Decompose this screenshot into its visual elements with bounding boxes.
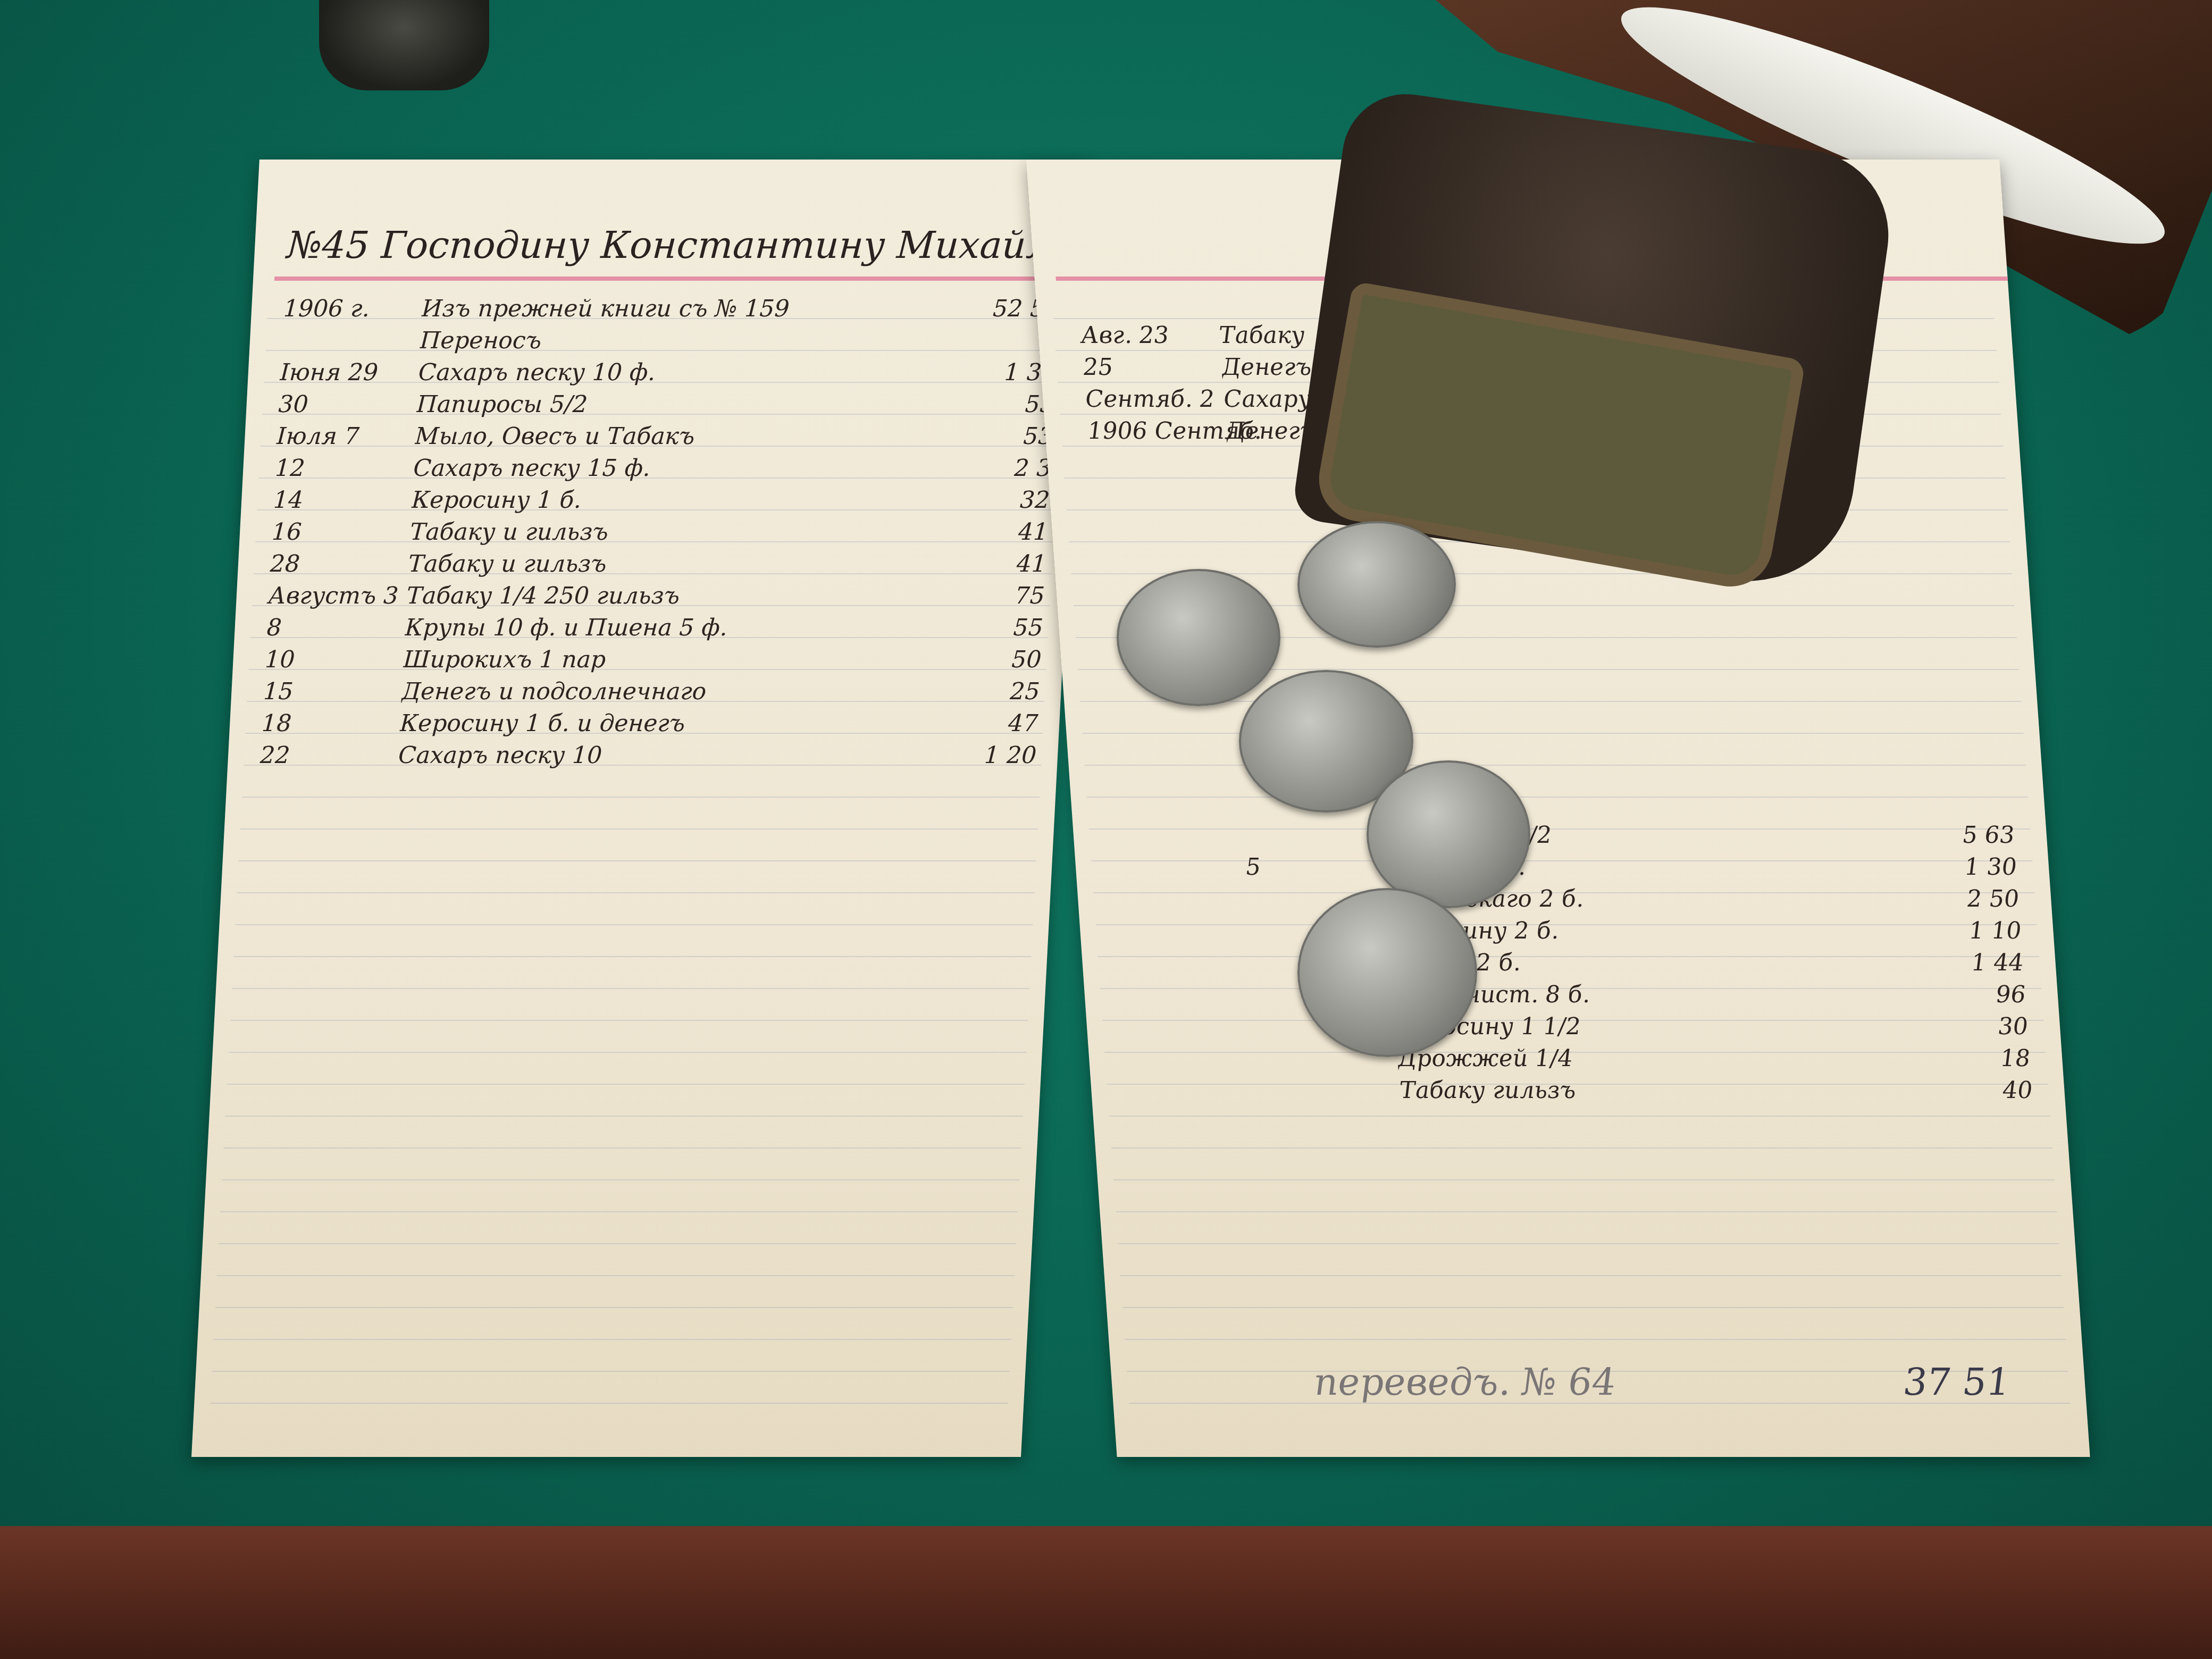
- ledger-entry: 28Табаку и гильзъ41: [269, 548, 1047, 580]
- ledger-entry: Іюня 29Сахаръ песку 10 ф.1 35: [279, 356, 1057, 388]
- ledger-entry: 14Керосину 1 б.32: [273, 484, 1051, 516]
- ledger-entry: 8Крупы 10 ф. и Пшена 5 ф.55: [266, 611, 1044, 643]
- ledger-entry: Табаку гильзъ40: [1260, 1074, 2033, 1106]
- ledger-entry: 30Папиросы 5/253: [278, 388, 1055, 420]
- ledger-entry: 1906 г.Изъ прежней книги съ № 15952 58: [283, 292, 1061, 324]
- ledger-entry: 15Денегъ и подсолнечнаго25: [263, 675, 1041, 707]
- red-header-rule: [274, 276, 1083, 281]
- silver-coin: [1117, 569, 1280, 706]
- footer-transfer-note: переведъ. № 64: [1312, 1360, 1618, 1404]
- inkwell: [319, 0, 489, 90]
- ledger-entry: 22Сахаръ песку 101 20: [259, 739, 1037, 771]
- ledger-entry: Переносъ: [281, 324, 1059, 356]
- silver-coin: [1367, 760, 1530, 908]
- ledger-entry: Августъ 3Табаку 1/4 250 гильзъ75: [267, 580, 1045, 611]
- footer-total: 37 51: [1902, 1360, 2012, 1404]
- ledger-entry: Сахару 22 1/25 63: [1243, 819, 2016, 851]
- ledger-entry: 12Сахаръ песку 15 ф.2 3: [274, 452, 1052, 484]
- ledger-entry: 5Денегъ 2 б.1 30: [1245, 851, 2018, 883]
- ledger-entry: 18Керосину 1 б. и денегъ47: [261, 707, 1039, 739]
- silver-coin: [1297, 521, 1456, 648]
- left-entries: 1906 г.Изъ прежней книги съ № 15952 58 П…: [259, 292, 1061, 771]
- ledger-entry: 10Широкихъ 1 пар50: [264, 643, 1042, 675]
- ledger-entry: Іюля 7Мыло, Овесъ и Табакъ53: [276, 420, 1054, 452]
- wooden-table-edge: [0, 1526, 2212, 1659]
- ledger-entry: 16Табаку и гильзъ41: [271, 516, 1049, 548]
- silver-coin: [1297, 888, 1477, 1057]
- ledger-left-page: №45 Господину Константину Михайловичу Во…: [191, 160, 1089, 1457]
